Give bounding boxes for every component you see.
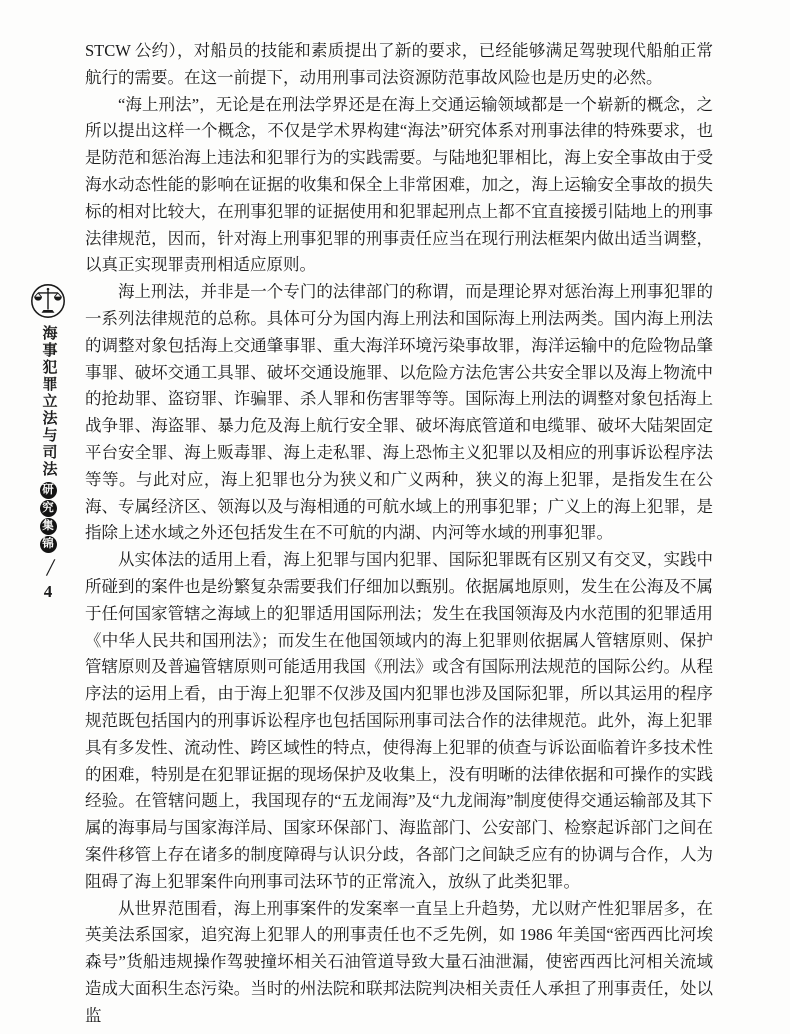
paragraph: 海上刑法，并非是一个专门的法律部门的称谓，而是理论界对惩治海上刑事犯罪的一系列法…	[85, 279, 713, 547]
circled-character: 锦	[40, 536, 57, 553]
page-number: 4	[44, 583, 53, 600]
circled-character: 集	[40, 518, 57, 535]
body-text: STCW 公约），对船员的技能和素质提出了新的要求，已经能够满足驾驶现代船舶正常…	[85, 38, 713, 1029]
circled-character: 研	[40, 482, 57, 499]
spine-slash: /	[46, 555, 57, 582]
book-page: 海事犯罪立法与司法 研究集锦 / 4 STCW 公约），对船员的技能和素质提出了…	[0, 0, 790, 1034]
circled-character: 究	[40, 500, 57, 517]
scales-of-justice-icon	[30, 283, 66, 319]
paragraph: 从世界范围看，海上刑事案件的发案率一直呈上升趋势，尤以财产性犯罪居多，在英美法系…	[85, 896, 713, 1030]
book-spine-sidebar: 海事犯罪立法与司法 研究集锦 / 4	[26, 283, 70, 600]
paragraph: 从实体法的适用上看，海上犯罪与国内犯罪、国际犯罪既有区别又有交叉，实践中所碰到的…	[85, 547, 713, 895]
paragraph: STCW 公约），对船员的技能和素质提出了新的要求，已经能够满足驾驶现代船舶正常…	[85, 38, 713, 92]
series-title-vertical: 海事犯罪立法与司法	[41, 325, 56, 478]
paragraph: “海上刑法”，无论是在刑法学界还是在海上交通运输领域都是一个崭新的概念，之所以提…	[85, 92, 713, 280]
series-subtitle-circled: 研究集锦	[40, 482, 57, 553]
